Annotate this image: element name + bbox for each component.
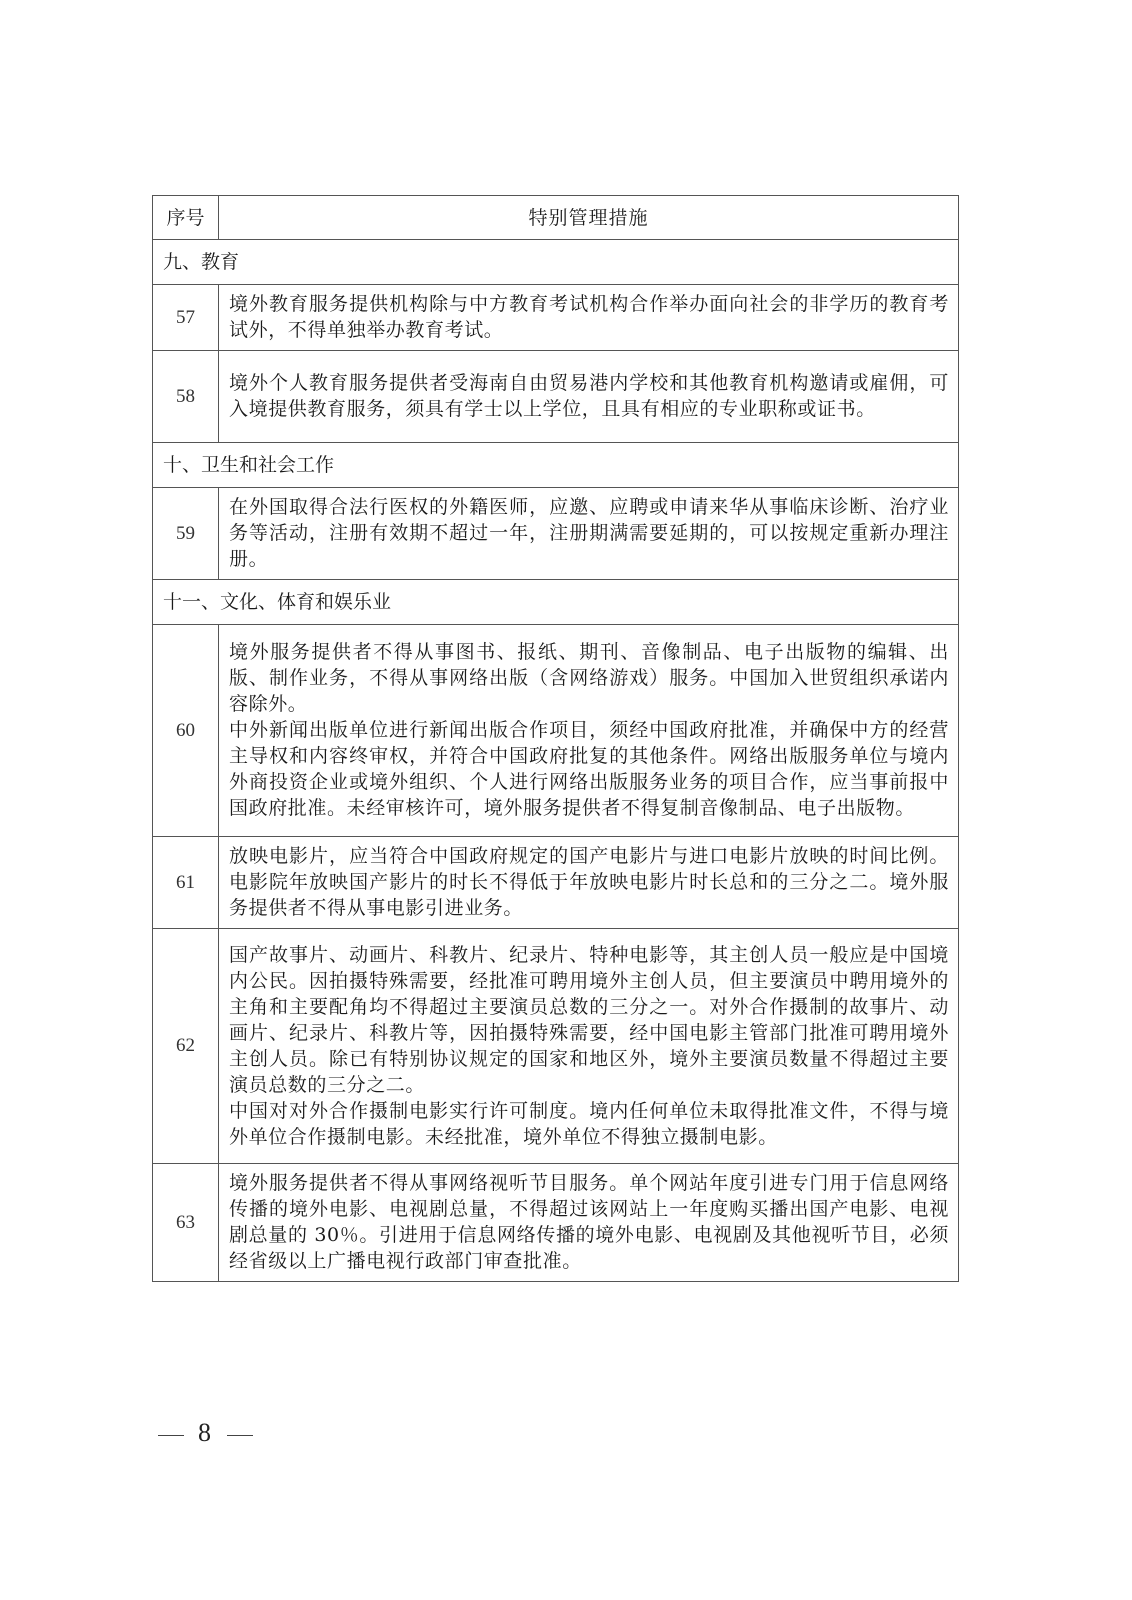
row-measure: 境外个人教育服务提供者受海南自由贸易港内学校和其他教育机构邀请或雇佣，可入境提供… <box>219 351 959 443</box>
section-row: 十一、文化、体育和娱乐业 <box>153 580 959 625</box>
measure-paragraph: 在外国取得合法行医权的外籍医师，应邀、应聘或申请来华从事临床诊断、治疗业务等活动… <box>229 494 949 572</box>
measure-paragraph: 中外新闻出版单位进行新闻出版合作项目，须经中国政府批准，并确保中方的经营主导权和… <box>229 717 949 821</box>
row-measure: 境外服务提供者不得从事图书、报纸、期刊、音像制品、电子出版物的编辑、出版、制作业… <box>219 625 959 837</box>
row-number: 60 <box>153 625 219 837</box>
footer-dash-right <box>227 1435 253 1436</box>
section-title: 九、教育 <box>153 240 959 285</box>
section-row: 九、教育 <box>153 240 959 285</box>
page-number: 8 <box>198 1418 213 1447</box>
document-page: 序号 特别管理措施 九、教育 57 境外教育服务提供机构除与中方教育考试机构合作… <box>0 0 1132 1600</box>
table-row: 58 境外个人教育服务提供者受海南自由贸易港内学校和其他教育机构邀请或雇佣，可入… <box>153 351 959 443</box>
row-number: 57 <box>153 285 219 351</box>
row-number: 59 <box>153 488 219 580</box>
table-row: 62 国产故事片、动画片、科教片、纪录片、特种电影等，其主创人员一般应是中国境内… <box>153 929 959 1164</box>
measure-paragraph: 境外教育服务提供机构除与中方教育考试机构合作举办面向社会的非学历的教育考试外，不… <box>229 291 949 343</box>
row-number: 62 <box>153 929 219 1164</box>
section-title: 十、卫生和社会工作 <box>153 443 959 488</box>
measure-paragraph: 放映电影片，应当符合中国政府规定的国产电影片与进口电影片放映的时间比例。电影院年… <box>229 843 949 921</box>
section-title: 十一、文化、体育和娱乐业 <box>153 580 959 625</box>
table-row: 59 在外国取得合法行医权的外籍医师，应邀、应聘或申请来华从事临床诊断、治疗业务… <box>153 488 959 580</box>
row-measure: 境外教育服务提供机构除与中方教育考试机构合作举办面向社会的非学历的教育考试外，不… <box>219 285 959 351</box>
table-row: 57 境外教育服务提供机构除与中方教育考试机构合作举办面向社会的非学历的教育考试… <box>153 285 959 351</box>
row-measure: 放映电影片，应当符合中国政府规定的国产电影片与进口电影片放映的时间比例。电影院年… <box>219 837 959 929</box>
table-row: 61 放映电影片，应当符合中国政府规定的国产电影片与进口电影片放映的时间比例。电… <box>153 837 959 929</box>
row-number: 63 <box>153 1164 219 1282</box>
row-number: 61 <box>153 837 219 929</box>
special-measures-table: 序号 特别管理措施 九、教育 57 境外教育服务提供机构除与中方教育考试机构合作… <box>152 195 959 1282</box>
measure-paragraph: 境外服务提供者不得从事网络视听节目服务。单个网站年度引进专门用于信息网络传播的境… <box>229 1170 949 1274</box>
measure-paragraph: 境外个人教育服务提供者受海南自由贸易港内学校和其他教育机构邀请或雇佣，可入境提供… <box>229 370 949 422</box>
row-measure: 国产故事片、动画片、科教片、纪录片、特种电影等，其主创人员一般应是中国境内公民。… <box>219 929 959 1164</box>
measure-paragraph: 国产故事片、动画片、科教片、纪录片、特种电影等，其主创人员一般应是中国境内公民。… <box>229 942 949 1098</box>
section-row: 十、卫生和社会工作 <box>153 443 959 488</box>
table-header-row: 序号 特别管理措施 <box>153 196 959 240</box>
row-measure: 境外服务提供者不得从事网络视听节目服务。单个网站年度引进专门用于信息网络传播的境… <box>219 1164 959 1282</box>
page-footer: 8 <box>158 1418 253 1448</box>
table-row: 63 境外服务提供者不得从事网络视听节目服务。单个网站年度引进专门用于信息网络传… <box>153 1164 959 1282</box>
table-row: 60 境外服务提供者不得从事图书、报纸、期刊、音像制品、电子出版物的编辑、出版、… <box>153 625 959 837</box>
column-header-measure: 特别管理措施 <box>219 196 959 240</box>
footer-dash-left <box>158 1435 184 1436</box>
column-header-number: 序号 <box>153 196 219 240</box>
measure-paragraph: 中国对对外合作摄制电影实行许可制度。境内任何单位未取得批准文件，不得与境外单位合… <box>229 1098 949 1150</box>
measure-paragraph: 境外服务提供者不得从事图书、报纸、期刊、音像制品、电子出版物的编辑、出版、制作业… <box>229 639 949 717</box>
row-number: 58 <box>153 351 219 443</box>
row-measure: 在外国取得合法行医权的外籍医师，应邀、应聘或申请来华从事临床诊断、治疗业务等活动… <box>219 488 959 580</box>
